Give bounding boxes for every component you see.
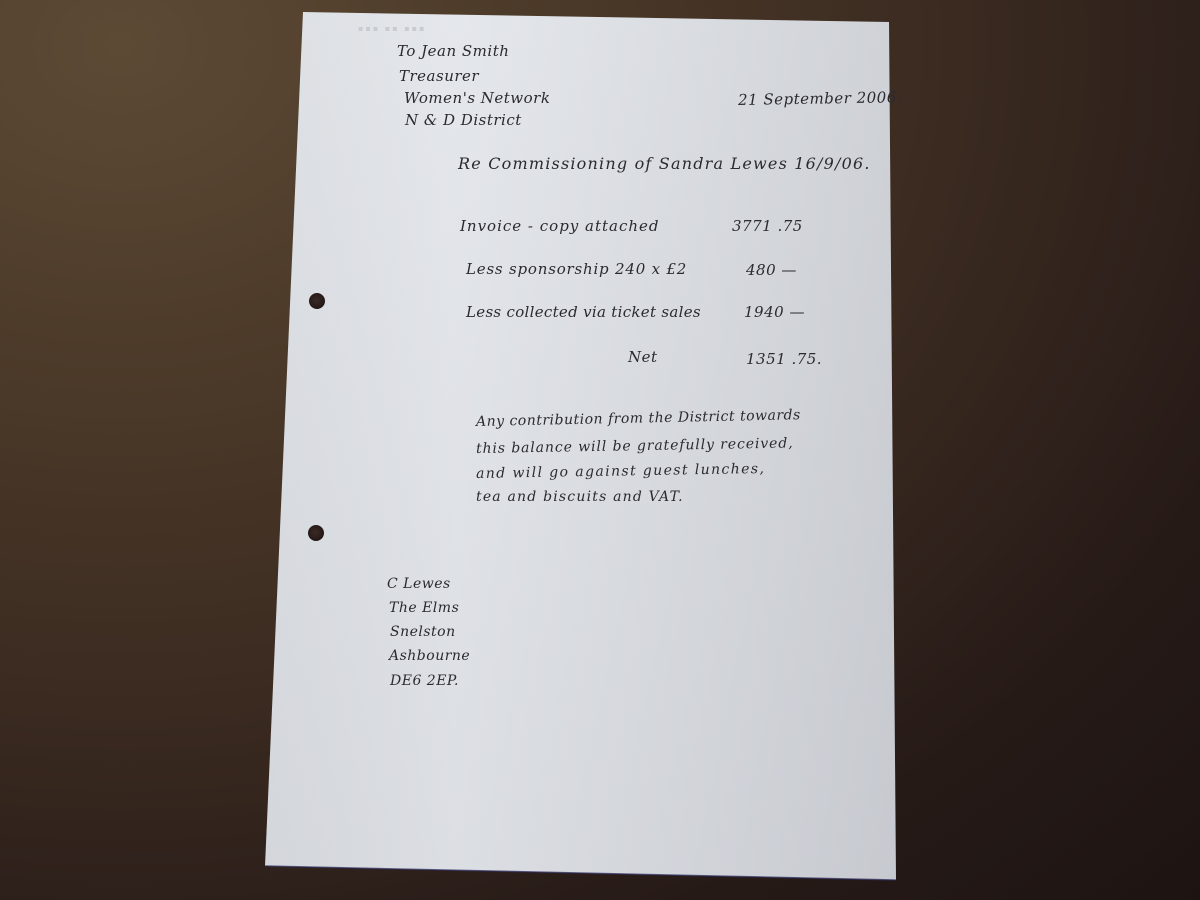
recipient-title: Treasurer [399,67,479,85]
ledger-amount: 1351 .75. [746,350,822,368]
ledger-amount: 1940 — [744,303,805,321]
ledger-amount: 3771 .75 [732,217,803,235]
ledger-label: Less sponsorship 240 x £2 [466,260,687,278]
sender-name: C Lewes [387,576,451,592]
sender-postcode: DE6 2EP. [390,673,459,689]
ledger-label: Less collected via ticket sales [466,303,701,321]
body-line: tea and biscuits and VAT. [476,489,684,505]
ledger-label: Net [628,348,658,366]
punch-hole-bottom [308,525,324,541]
sender-town: Ashbourne [389,648,470,664]
recipient-district: N & D District [405,111,522,129]
sender-village: Snelston [390,624,456,640]
sender-house: The Elms [389,600,459,616]
faint-header-mark: ▪▪▪ ▪▪ ▪▪▪ [358,24,426,33]
subject-line: Re Commissioning of Sandra Lewes 16/9/06… [458,154,871,173]
recipient-organisation: Women's Network [404,89,550,107]
ledger-label: Invoice - copy attached [460,217,660,235]
recipient-name: To Jean Smith [397,42,509,60]
ledger-amount: 480 — [746,261,797,279]
letter-date: 21 September 2006. [738,88,902,109]
punch-hole-top [309,293,325,309]
